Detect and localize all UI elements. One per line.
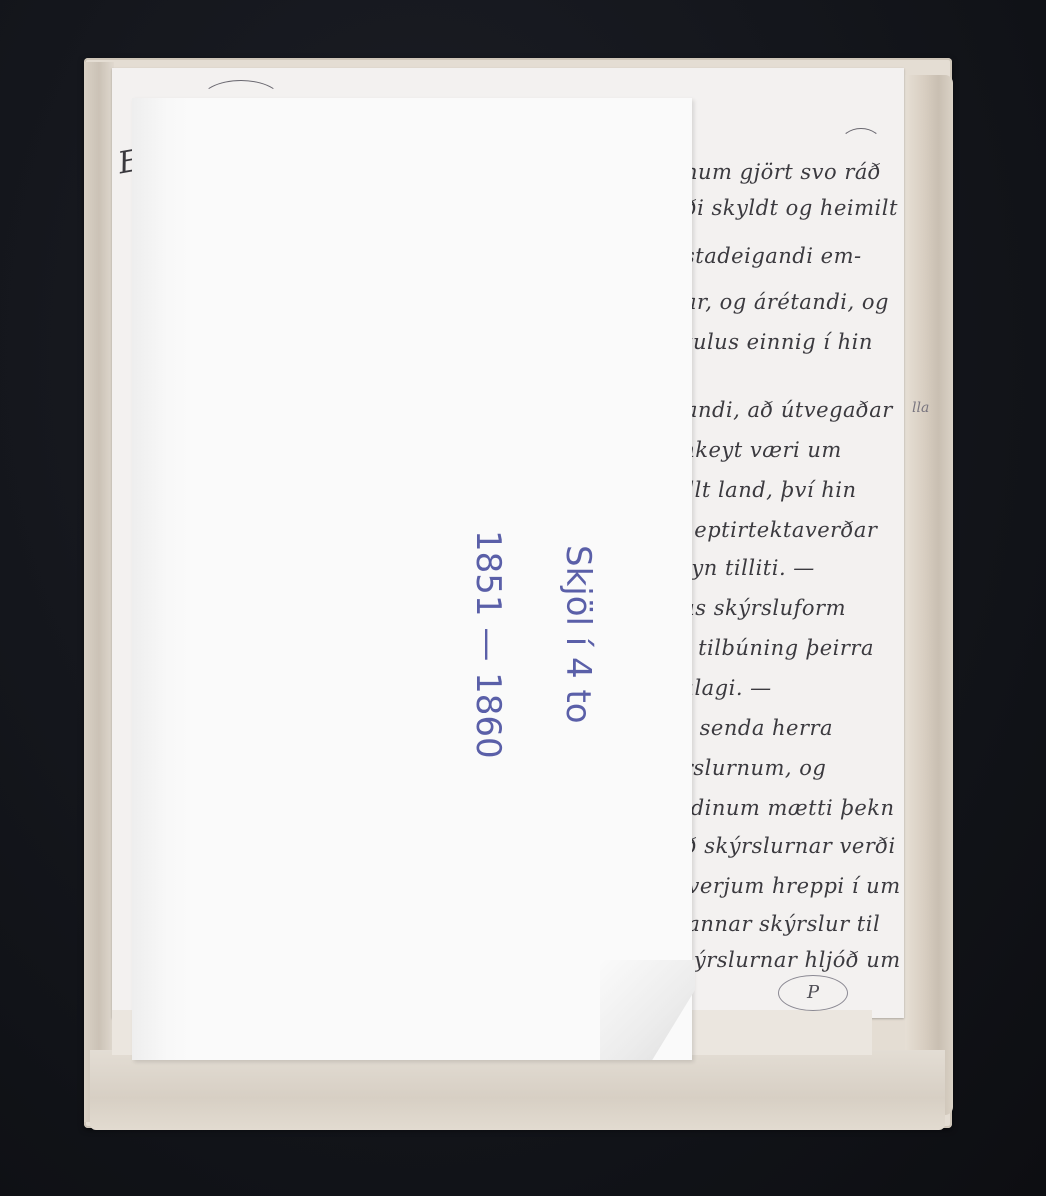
- bundle-left-edge: [84, 62, 114, 1122]
- slip-label-title: Skjöl í 4 to: [558, 545, 598, 724]
- corner-flourish: [840, 128, 882, 160]
- manuscript-line: stadeigandi em-: [684, 244, 862, 268]
- manuscript-line: og eptirtektaverðar: [660, 518, 877, 542]
- slip-label-dates: 1851 — 1860: [468, 530, 508, 759]
- slip-fold-shadow: [132, 98, 192, 1060]
- manuscript-line: tta tilbúning þeirra: [660, 636, 874, 660]
- manuscript-line: ði skyldt og heimilt: [684, 196, 898, 220]
- bundle-bottom-edge: [90, 1050, 945, 1130]
- page-mark-stamp: P: [778, 975, 848, 1011]
- manuscript-line: tandi, að útvegaðar: [676, 398, 893, 422]
- manuscript-line: tulus einnig í hin: [684, 330, 873, 354]
- manuscript-line: num gjört svo ráð: [684, 160, 881, 184]
- manuscript-line: ar, og árétandi, og: [684, 290, 889, 314]
- archival-label-slip: [132, 98, 692, 1060]
- right-margin-mark: lla: [912, 400, 929, 416]
- bundle-right-edge: [905, 75, 953, 1115]
